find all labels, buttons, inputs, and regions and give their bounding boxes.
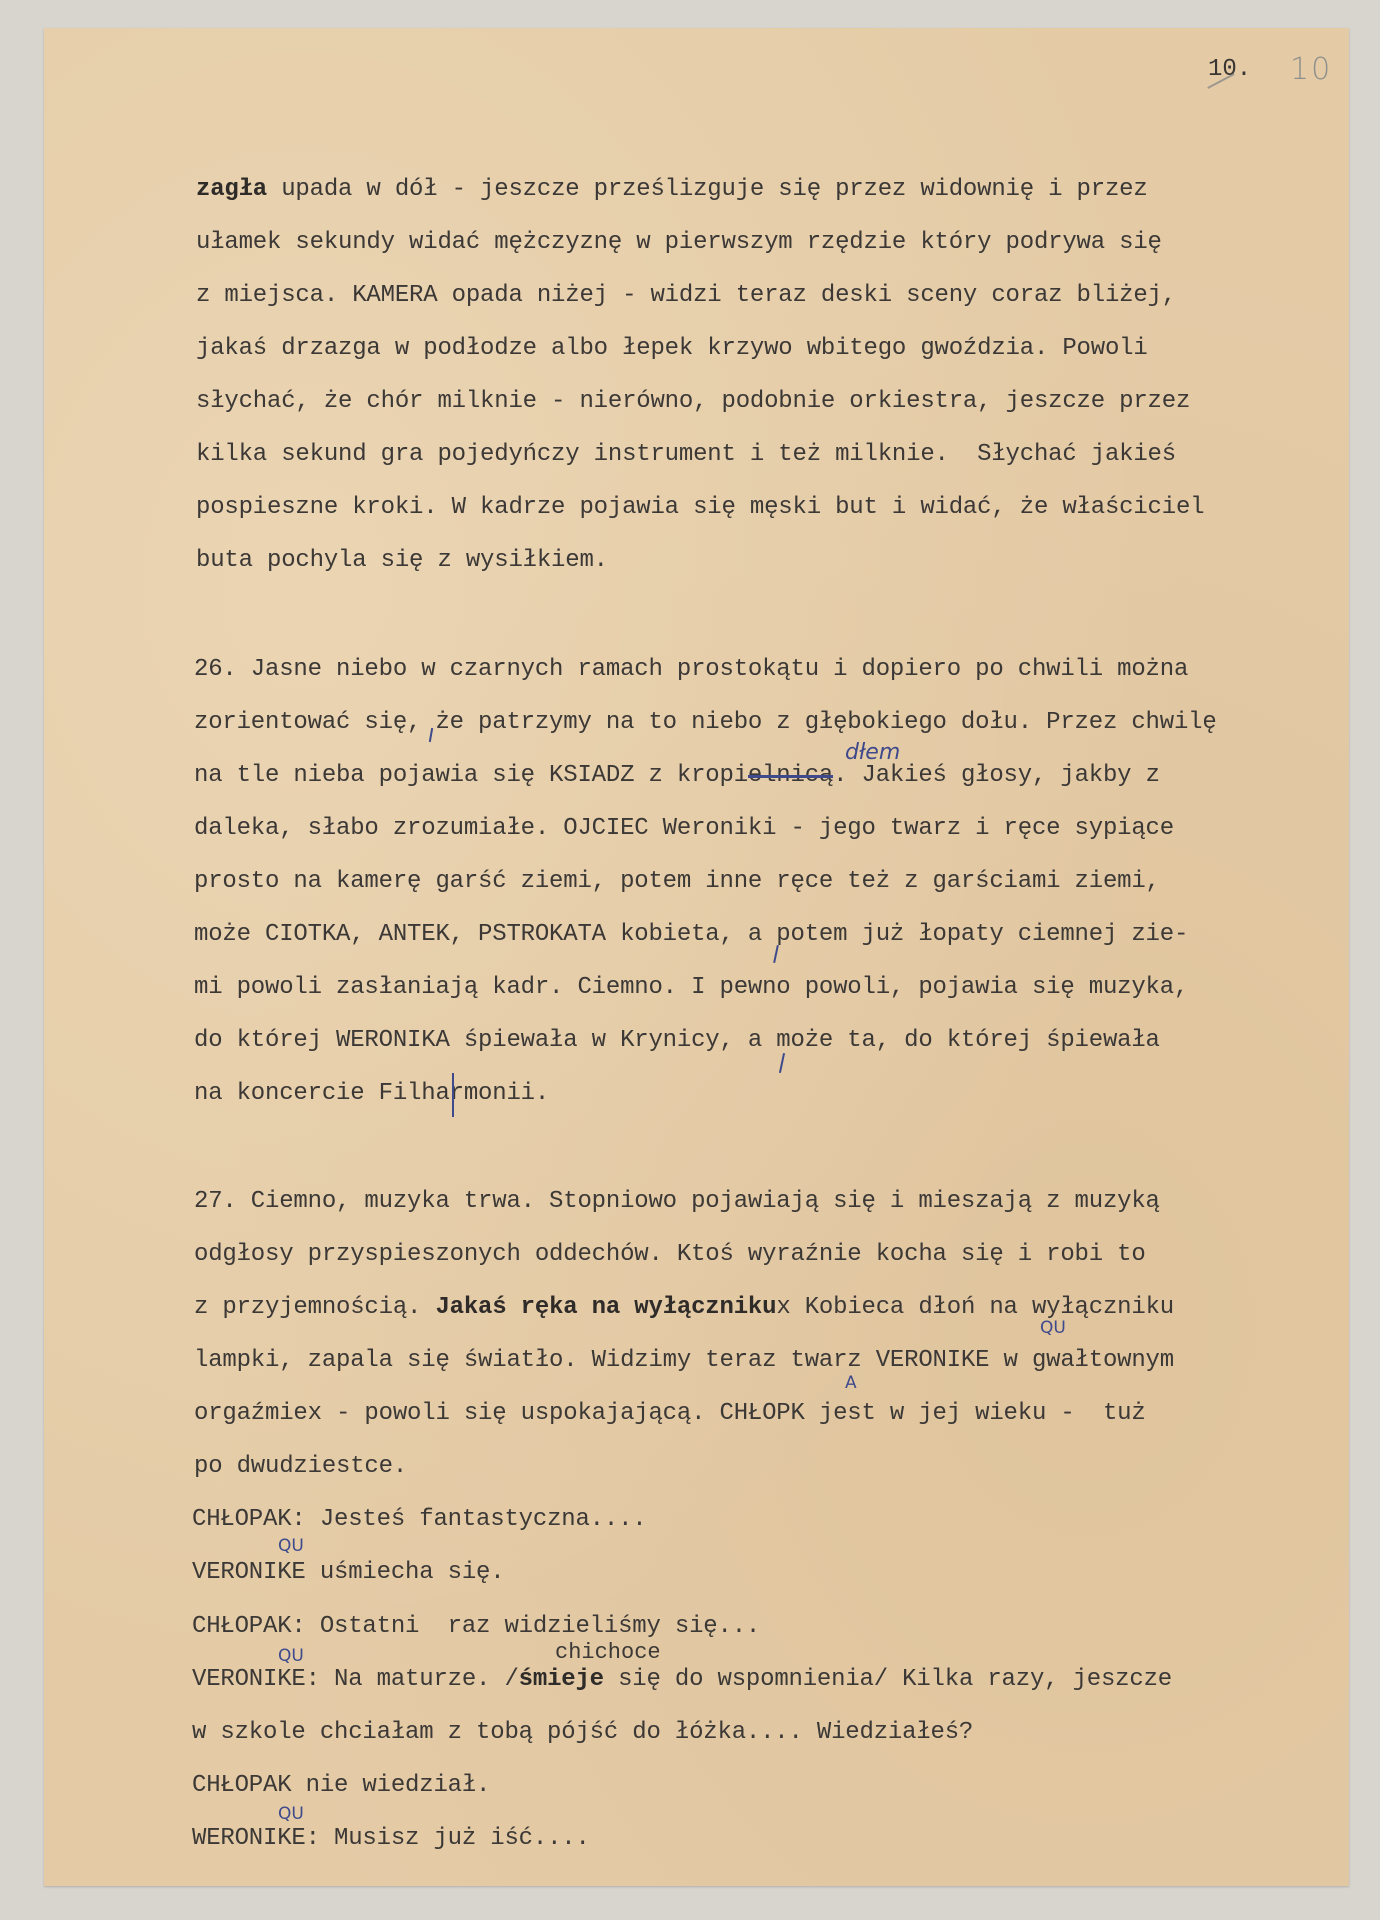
interlinear-insert: chichoce	[555, 1640, 661, 1665]
struck-word: zagła	[196, 176, 267, 203]
scene27-line-1: 27. Ciemno, muzyka trwa. Stopniowo pojaw…	[194, 1188, 1160, 1216]
scene27-line-4: lampki, zapala się światło. Widzimy tera…	[194, 1347, 1174, 1375]
pen-correction-qu: QU	[1040, 1318, 1066, 1338]
intro-line-2: ułamek sekundy widać mężczyznę w pierwsz…	[196, 229, 1162, 257]
scene26-line-4: daleka, słabo zrozumiałe. OJCIEC Weronik…	[194, 815, 1174, 843]
page-number-pencil: 10	[1290, 52, 1332, 87]
pen-correction-qu: QU	[278, 1804, 304, 1824]
pen-strikeout	[748, 775, 833, 778]
intro-line-5: słychać, że chór milknie - nierówno, pod…	[196, 388, 1190, 416]
pen-correction-qu: QU	[278, 1536, 304, 1556]
scene26-line-1: 26. Jasne niebo w czarnych ramach prosto…	[194, 656, 1188, 684]
scene26-line-5: prosto na kamerę garść ziemi, potem inne…	[194, 868, 1160, 896]
dialogue-line-2: VERONIKE uśmiecha się.	[192, 1559, 504, 1587]
scene26-line-6: może CIOTKA, ANTEK, PSTROKATA kobieta, a…	[194, 921, 1188, 949]
pen-correction-dlem: dłem	[845, 740, 900, 765]
pen-transpose-mark	[452, 1073, 454, 1117]
scene26-line-8: do której WERONIKA śpiewała w Krynicy, a…	[194, 1027, 1160, 1055]
scene26-line-9: na koncercie Filharmonii.	[194, 1080, 549, 1108]
scene26-line-2: zorientować się, że patrzymy na to niebo…	[194, 709, 1217, 737]
dialogue-line-3: CHŁOPAK: Ostatni raz widzieliśmy się...	[192, 1613, 760, 1641]
scene27-line-3: z przyjemnością. Jakaś ręka na wyłącznik…	[194, 1294, 1174, 1322]
struck-word: śmieje	[519, 1666, 604, 1693]
dialogue-line-7: WERONIKE: Musisz już iść....	[192, 1825, 590, 1853]
pen-correction-qu: QU	[278, 1646, 304, 1666]
scene26-line-3: na tle nieba pojawia się KSIADZ z kropie…	[194, 762, 1160, 790]
scene27-line-6: po dwudziestce.	[194, 1453, 407, 1481]
dialogue-line-1: CHŁOPAK: Jesteś fantastyczna....	[192, 1506, 646, 1534]
intro-line-1: zagła upada w dół - jeszcze prześlizguje…	[196, 176, 1148, 204]
intro-line-4: jakaś drzazga w podłodze albo łepek krzy…	[196, 335, 1148, 363]
scene27-line-2: odgłosy przyspieszonych oddechów. Ktoś w…	[194, 1241, 1146, 1269]
dialogue-line-4: VERONIKE: Na maturze. /śmieje się do wsp…	[192, 1666, 1172, 1694]
dialogue-line-6: CHŁOPAK nie wiedział.	[192, 1772, 490, 1800]
intro-line-8: buta pochyla się z wysiłkiem.	[196, 547, 608, 575]
scene26-line-7: mi powoli zasłaniają kadr. Ciemno. I pew…	[194, 974, 1188, 1002]
intro-line-6: kilka sekund gra pojedyńczy instrument i…	[196, 441, 1176, 469]
intro-line-7: pospieszne kroki. W kadrze pojawia się m…	[196, 494, 1204, 522]
page-number-typed: 10.	[1208, 56, 1251, 83]
scene27-line-5: orgaźmiex - powoli się uspokajającą. CHŁ…	[194, 1400, 1146, 1428]
struck-phrase: Jakaś ręka na wyłączniku	[435, 1294, 776, 1321]
intro-line-3: z miejsca. KAMERA opada niżej - widzi te…	[196, 282, 1176, 310]
pen-correction-a: A	[845, 1373, 857, 1393]
dialogue-line-5: w szkole chciałam z tobą pójść do łóżka.…	[192, 1719, 973, 1747]
